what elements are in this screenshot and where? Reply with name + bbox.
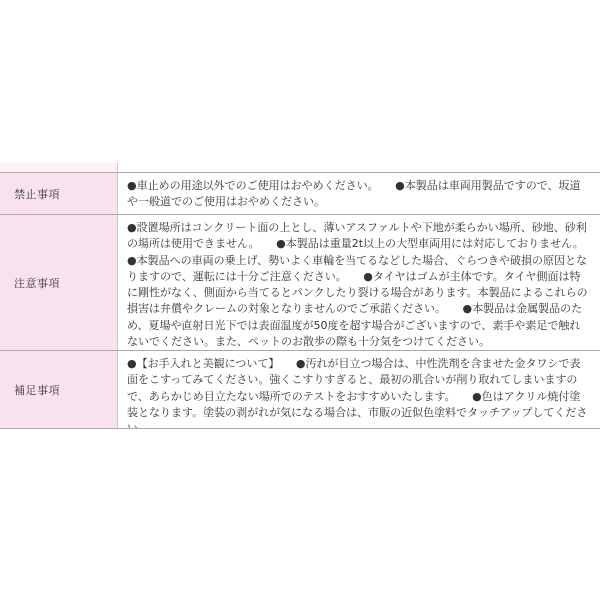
table-row-supplementary: 補足事項 ●【お手入れと美観について】 ●汚れが目立つ場合は、中性洗剤を含ませた…	[0, 350, 600, 428]
row-header-prohibited: 禁止事項	[0, 173, 118, 214]
row-header-label: 禁止事項	[14, 186, 60, 202]
table-row-prohibited: 禁止事項 ●車止めの用途以外でのご使用はおやめください。 ●本製品は車両用製品で…	[0, 172, 600, 214]
product-notes-table: 禁止事項 ●車止めの用途以外でのご使用はおやめください。 ●本製品は車両用製品で…	[0, 163, 600, 429]
cropped-content-cell	[118, 163, 600, 172]
row-header-label: 補足事項	[14, 382, 60, 398]
row-content-cautions: ●設置場所はコンクリート面の上とし、薄いアスファルトや下地が柔らかい場所、砂地、…	[118, 215, 600, 350]
cropped-label-cell	[0, 163, 118, 172]
row-header-label: 注意事項	[14, 275, 60, 291]
row-content-supplementary: ●【お手入れと美観について】 ●汚れが目立つ場合は、中性洗剤を含ませた金タワシで…	[118, 351, 600, 428]
row-header-cautions: 注意事項	[0, 215, 118, 350]
row-header-supplementary: 補足事項	[0, 351, 118, 428]
table-row-cautions: 注意事項 ●設置場所はコンクリート面の上とし、薄いアスファルトや下地が柔らかい場…	[0, 214, 600, 350]
row-content-prohibited: ●車止めの用途以外でのご使用はおやめください。 ●本製品は車両用製品ですので、坂…	[118, 173, 600, 214]
cropped-row-remnant	[0, 163, 600, 172]
